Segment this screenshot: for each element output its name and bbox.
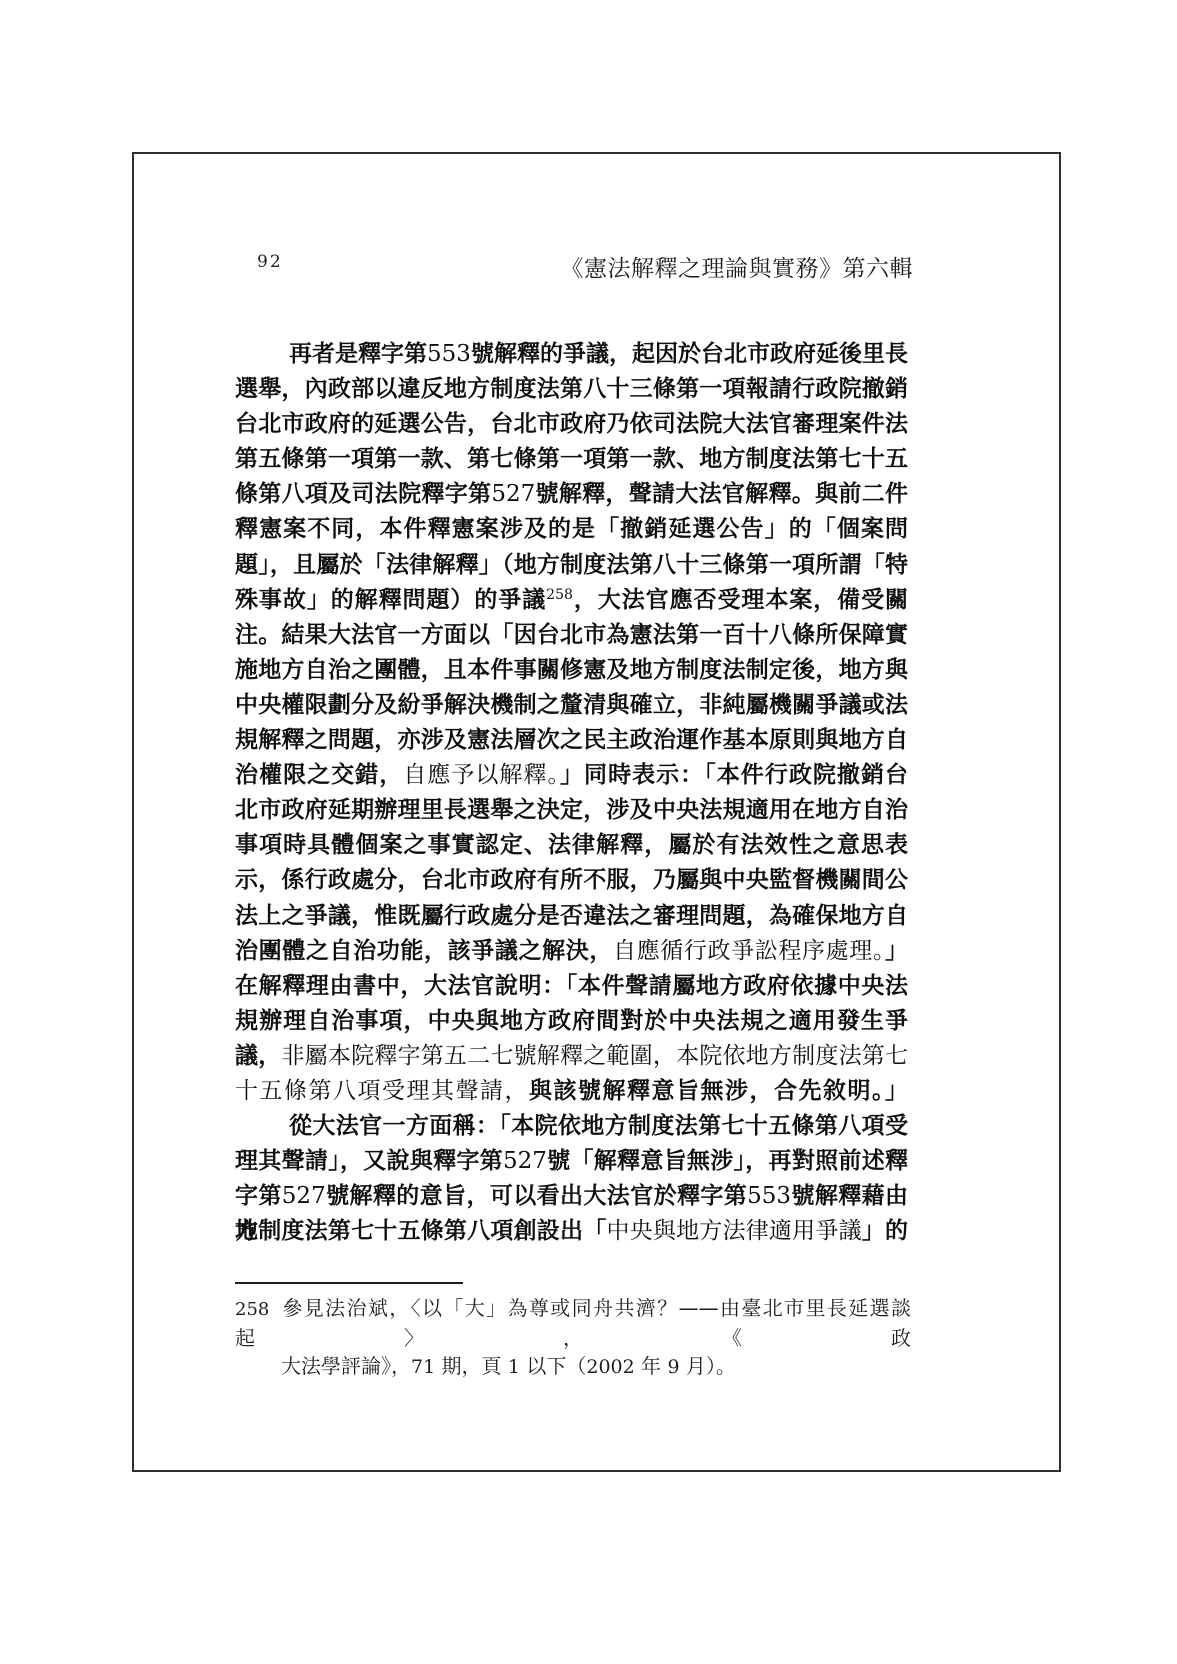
text-line: 注。結果大法官一方面以「因台北市為憲法第一百十八條所保障實 bbox=[235, 618, 908, 653]
text-segment: ，大法官應否受理本案，備受關 bbox=[573, 587, 908, 613]
text-segment: 台北市政府的延選公告，台北市政府乃依司法院大法官審理案件法 bbox=[235, 411, 908, 437]
text-line: 再者是釋字第553號解釋的爭議，起因於台北市政府延後里長 bbox=[235, 337, 908, 372]
text-segment: 與該號解釋意旨無涉，合先敘明。」 bbox=[529, 1078, 908, 1104]
text-line: 條第八項及司法院釋字第527號解釋，聲請大法官解釋。與前二件 bbox=[235, 477, 908, 512]
text-line: 施地方自治之團體，且本件事關修憲及地方制度法制定後，地方與 bbox=[235, 653, 908, 688]
text-line: 殊事故」的解釋問題）的爭議258，大法官應否受理本案，備受關 bbox=[235, 583, 908, 618]
text-segment: 十五條第八項受理其聲請， bbox=[235, 1078, 529, 1104]
text-segment: 」的 bbox=[862, 1218, 908, 1244]
text-segment: 注。結果大法官一方面以「因台北市為憲法第一百十八條所保障實 bbox=[235, 622, 908, 648]
text-segment: 條第八項及司法院釋字第 bbox=[235, 481, 491, 507]
page-number: 92 bbox=[257, 252, 283, 272]
footnote-line: 大法學評論》，71 期，頁 1 以下（2002 年 9 月）。 bbox=[235, 1352, 911, 1381]
text-line: 理其聲請」，又說與釋字第527號「解釋意旨無涉」，再對照前述釋 bbox=[235, 1144, 908, 1179]
text-segment: 大法學評論》， bbox=[281, 1354, 411, 1378]
body-text: 再者是釋字第553號解釋的爭議，起因於台北市政府延後里長選舉，內政部以違反地方制… bbox=[235, 337, 908, 1249]
text-segment: 年 bbox=[635, 1354, 668, 1378]
text-segment: 號「解釋意旨無涉」，再對照前述釋 bbox=[547, 1148, 908, 1174]
text-segment: 題」，且屬於「法律解釋」（地方制度法第八十三條第一項所謂「特 bbox=[235, 552, 908, 578]
text-segment: 2002 bbox=[586, 1356, 634, 1378]
text-segment: 方制度法第七十五條第八項創設出「 bbox=[235, 1218, 606, 1244]
text-segment: 字第 bbox=[235, 1183, 282, 1209]
text-segment: 法上之爭議，惟既屬行政處分是否違法之審理問題，為確保地方自 bbox=[235, 903, 908, 929]
text-segment: 527 bbox=[491, 481, 535, 507]
text-segment: 治團體之自治功能，該爭議之解決， bbox=[235, 938, 613, 964]
text-segment: 理其聲請」，又說與釋字第 bbox=[235, 1148, 503, 1174]
text-segment: 議， bbox=[235, 1043, 281, 1069]
text-segment: 」同時表示：「本件行政院撤銷台 bbox=[560, 762, 908, 788]
text-line: 事項時具體個案之事實認定、法律解釋，屬於有法效性之意思表 bbox=[235, 828, 908, 863]
text-segment: 71 bbox=[411, 1356, 435, 1378]
footnote-ref: 258 bbox=[546, 587, 573, 603]
running-header: 《憲法解釋之理論與實務》第六輯 bbox=[480, 250, 913, 283]
footnote-number: 258 bbox=[235, 1296, 281, 1324]
text-segment: 事項時具體個案之事實認定、法律解釋，屬於有法效性之意思表 bbox=[235, 832, 908, 858]
footnote-line: 258參見法治斌，〈以「大」為尊或同舟共濟？——由臺北市里長延選談起〉，《政 bbox=[235, 1294, 911, 1352]
text-segment: 第五條第一項第一款、第七條第一項第一款、地方制度法第七十五 bbox=[235, 446, 908, 472]
text-line: 法上之爭議，惟既屬行政處分是否違法之審理問題，為確保地方自 bbox=[235, 899, 908, 934]
text-line: 方制度法第七十五條第八項創設出「中央與地方法律適用爭議」的 bbox=[235, 1214, 908, 1249]
text-segment: 號解釋的爭議，起因於台北市政府延後里長 bbox=[471, 341, 908, 367]
text-segment: 以下（ bbox=[520, 1354, 586, 1378]
text-line: 北市政府延期辦理里長選舉之決定，涉及中央法規適用在地方自治 bbox=[235, 793, 908, 828]
text-line: 選舉，內政部以違反地方制度法第八十三條第一項報請行政院撤銷 bbox=[235, 372, 908, 407]
text-line: 從大法官一方面稱：「本院依地方制度法第七十五條第八項受 bbox=[235, 1109, 908, 1144]
footnote-block: 258參見法治斌，〈以「大」為尊或同舟共濟？——由臺北市里長延選談起〉，《政大法… bbox=[235, 1294, 911, 1381]
text-segment: 中央與地方法律適用爭議 bbox=[606, 1218, 861, 1244]
text-segment: 527 bbox=[282, 1183, 326, 1209]
text-segment: 1 bbox=[508, 1356, 520, 1378]
text-segment: 號解釋的意旨，可以看出大法官於釋字第 bbox=[326, 1183, 747, 1209]
text-line: 規辦理自治事項，中央與地方政府間對於中央法規之適用發生爭 bbox=[235, 1004, 908, 1039]
text-segment: 殊事故」的解釋問題）的爭議 bbox=[235, 587, 546, 613]
text-segment: 從大法官一方面稱：「本院依地方制度法第七十五條第八項受 bbox=[289, 1113, 908, 1139]
text-segment: 規解釋之問題，亦涉及憲法層次之民主政治運作基本原則與地方自 bbox=[235, 727, 908, 753]
text-segment: 參見法治斌，〈以「大」為尊或同舟共濟？——由臺北市里長延選談起〉，《政 bbox=[235, 1296, 911, 1350]
text-line: 題」，且屬於「法律解釋」（地方制度法第八十三條第一項所謂「特 bbox=[235, 548, 908, 583]
text-segment: 自應循行政爭訟程序處理。 bbox=[613, 938, 885, 964]
text-segment: 月）。 bbox=[680, 1354, 736, 1378]
text-segment: 釋憲案不同，本件釋憲案涉及的是「撤銷延選公告」的「個案問 bbox=[235, 516, 908, 542]
text-segment: 治權限之交錯， bbox=[235, 762, 403, 788]
text-segment: 北市政府延期辦理里長選舉之決定，涉及中央法規適用在地方自治 bbox=[235, 797, 908, 823]
text-line: 治團體之自治功能，該爭議之解決，自應循行政爭訟程序處理。」 bbox=[235, 934, 908, 969]
text-line: 台北市政府的延選公告，台北市政府乃依司法院大法官審理案件法 bbox=[235, 407, 908, 442]
text-segment: 選舉，內政部以違反地方制度法第八十三條第一項報請行政院撤銷 bbox=[235, 376, 908, 402]
text-segment: 號解釋，聲請大法官解釋。與前二件 bbox=[535, 481, 908, 507]
text-segment: 自應予以解釋。 bbox=[403, 762, 560, 788]
text-line: 示，係行政處分，台北市政府有所不服，乃屬與中央監督機關間公 bbox=[235, 863, 908, 898]
text-segment: 在解釋理由書中，大法官說明：「本件聲請屬地方政府依據中央法 bbox=[235, 973, 908, 999]
text-segment: 示，係行政處分，台北市政府有所不服，乃屬與中央監督機關間公 bbox=[235, 867, 908, 893]
text-segment: 553 bbox=[427, 341, 471, 367]
text-line: 治權限之交錯，自應予以解釋。」同時表示：「本件行政院撤銷台 bbox=[235, 758, 908, 793]
footnote-rule bbox=[235, 1282, 463, 1284]
text-segment: 期，頁 bbox=[435, 1354, 508, 1378]
text-segment: 」 bbox=[885, 938, 908, 964]
text-segment: 規辦理自治事項，中央與地方政府間對於中央法規之適用發生爭 bbox=[235, 1008, 908, 1034]
text-line: 中央權限劃分及紛爭解決機制之釐清與確立，非純屬機關爭議或法 bbox=[235, 688, 908, 723]
text-line: 字第527號解釋的意旨，可以看出大法官於釋字第553號解釋藉由地 bbox=[235, 1179, 908, 1214]
text-segment: 再者是釋字第 bbox=[289, 341, 427, 367]
text-line: 議，非屬本院釋字第五二七號解釋之範圍，本院依地方制度法第七 bbox=[235, 1039, 908, 1074]
text-line: 釋憲案不同，本件釋憲案涉及的是「撤銷延選公告」的「個案問 bbox=[235, 512, 908, 547]
text-segment: 非屬本院釋字第五二七號解釋之範圍，本院依地方制度法第七 bbox=[281, 1043, 908, 1069]
text-segment: 施地方自治之團體，且本件事關修憲及地方制度法制定後，地方與 bbox=[235, 657, 908, 683]
text-line: 在解釋理由書中，大法官說明：「本件聲請屬地方政府依據中央法 bbox=[235, 969, 908, 1004]
text-line: 規解釋之問題，亦涉及憲法層次之民主政治運作基本原則與地方自 bbox=[235, 723, 908, 758]
document-page: 92 《憲法解釋之理論與實務》第六輯 再者是釋字第553號解釋的爭議，起因於台北… bbox=[0, 0, 1177, 1664]
text-segment: 553 bbox=[747, 1183, 791, 1209]
text-line: 第五條第一項第一款、第七條第一項第一款、地方制度法第七十五 bbox=[235, 442, 908, 477]
text-line: 十五條第八項受理其聲請，與該號解釋意旨無涉，合先敘明。」 bbox=[235, 1074, 908, 1109]
text-segment: 527 bbox=[503, 1148, 547, 1174]
text-segment: 9 bbox=[667, 1356, 679, 1378]
text-segment: 中央權限劃分及紛爭解決機制之釐清與確立，非純屬機關爭議或法 bbox=[235, 692, 908, 718]
